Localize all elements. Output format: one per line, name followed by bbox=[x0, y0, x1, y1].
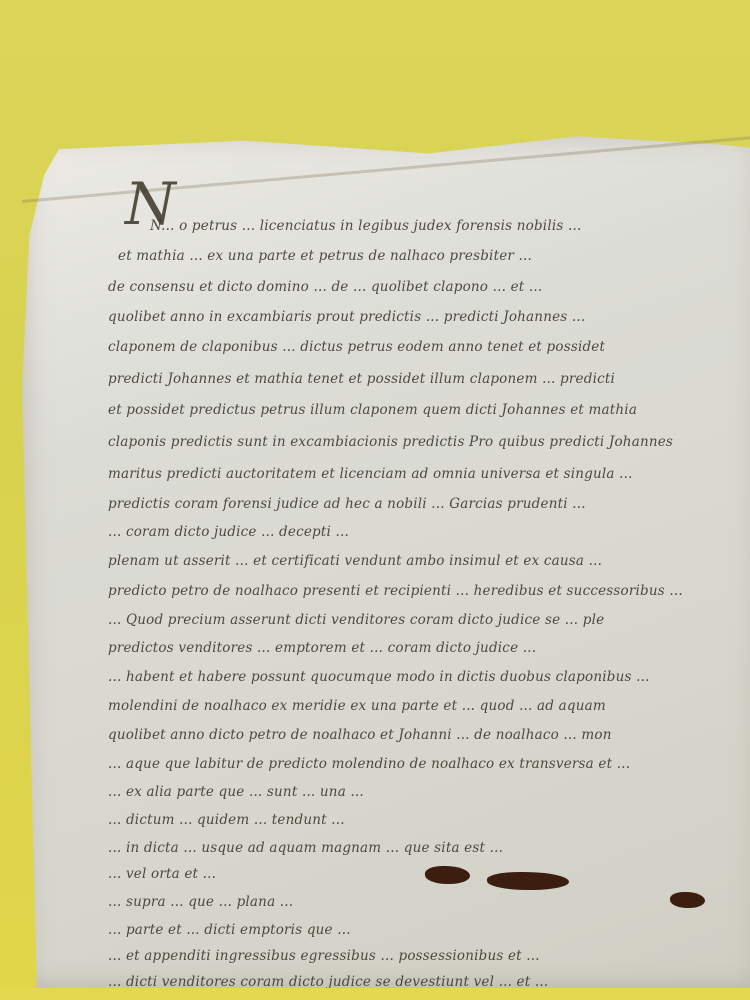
text-line: et mathia ... ex una parte et petrus de … bbox=[118, 248, 532, 264]
text-line: plenam ut asserit ... et certificati ven… bbox=[108, 553, 602, 569]
text-line: maritus predicti auctoritatem et licenci… bbox=[108, 466, 633, 482]
text-line: ... habent et habere possunt quocumque m… bbox=[108, 669, 650, 685]
text-line: ... in dicta ... usque ad aquam magnam .… bbox=[108, 840, 503, 856]
text-line: predicti Johannes et mathia tenet et pos… bbox=[108, 371, 615, 387]
text-line: et possidet predictus petrus illum clapo… bbox=[108, 402, 637, 418]
yellow-background-edge bbox=[0, 988, 750, 1000]
text-line: ... et appenditi ingressibus egressibus … bbox=[108, 948, 540, 964]
text-line: ... supra ... que ... plana ... bbox=[108, 894, 293, 910]
text-line: predictos venditores ... emptorem et ...… bbox=[108, 640, 536, 656]
text-line: predictis coram forensi judice ad hec a … bbox=[108, 496, 586, 512]
text-line: quolibet anno dicto petro de noalhaco et… bbox=[108, 727, 612, 743]
text-line: predicto petro de noalhaco presenti et r… bbox=[108, 583, 683, 599]
parchment-hole bbox=[425, 866, 470, 884]
text-line: ... vel orta et ... bbox=[108, 866, 216, 882]
parchment-hole bbox=[670, 892, 705, 908]
text-line: ... aque que labitur de predicto molendi… bbox=[108, 756, 630, 772]
text-line: ... Quod precium asserunt dicti venditor… bbox=[108, 612, 604, 628]
text-line: claponem de claponibus ... dictus petrus… bbox=[108, 339, 605, 355]
text-line: claponis predictis sunt in excambiacioni… bbox=[108, 434, 673, 450]
text-line: ... dictum ... quidem ... tendunt ... bbox=[108, 812, 345, 828]
text-line: ... ex alia parte que ... sunt ... una .… bbox=[108, 784, 364, 800]
text-line: molendini de noalhaco ex meridie ex una … bbox=[108, 698, 606, 714]
text-line: ... parte et ... dicti emptoris que ... bbox=[108, 922, 351, 938]
text-line: ... coram dicto judice ... decepti ... bbox=[108, 524, 349, 540]
text-line: N... o petrus ... licenciatus in legibus… bbox=[150, 218, 581, 234]
text-line: quolibet anno in excambiaris prout predi… bbox=[108, 309, 585, 325]
parchment-hole bbox=[487, 872, 569, 890]
text-line: de consensu et dicto domino ... de ... q… bbox=[108, 279, 542, 295]
